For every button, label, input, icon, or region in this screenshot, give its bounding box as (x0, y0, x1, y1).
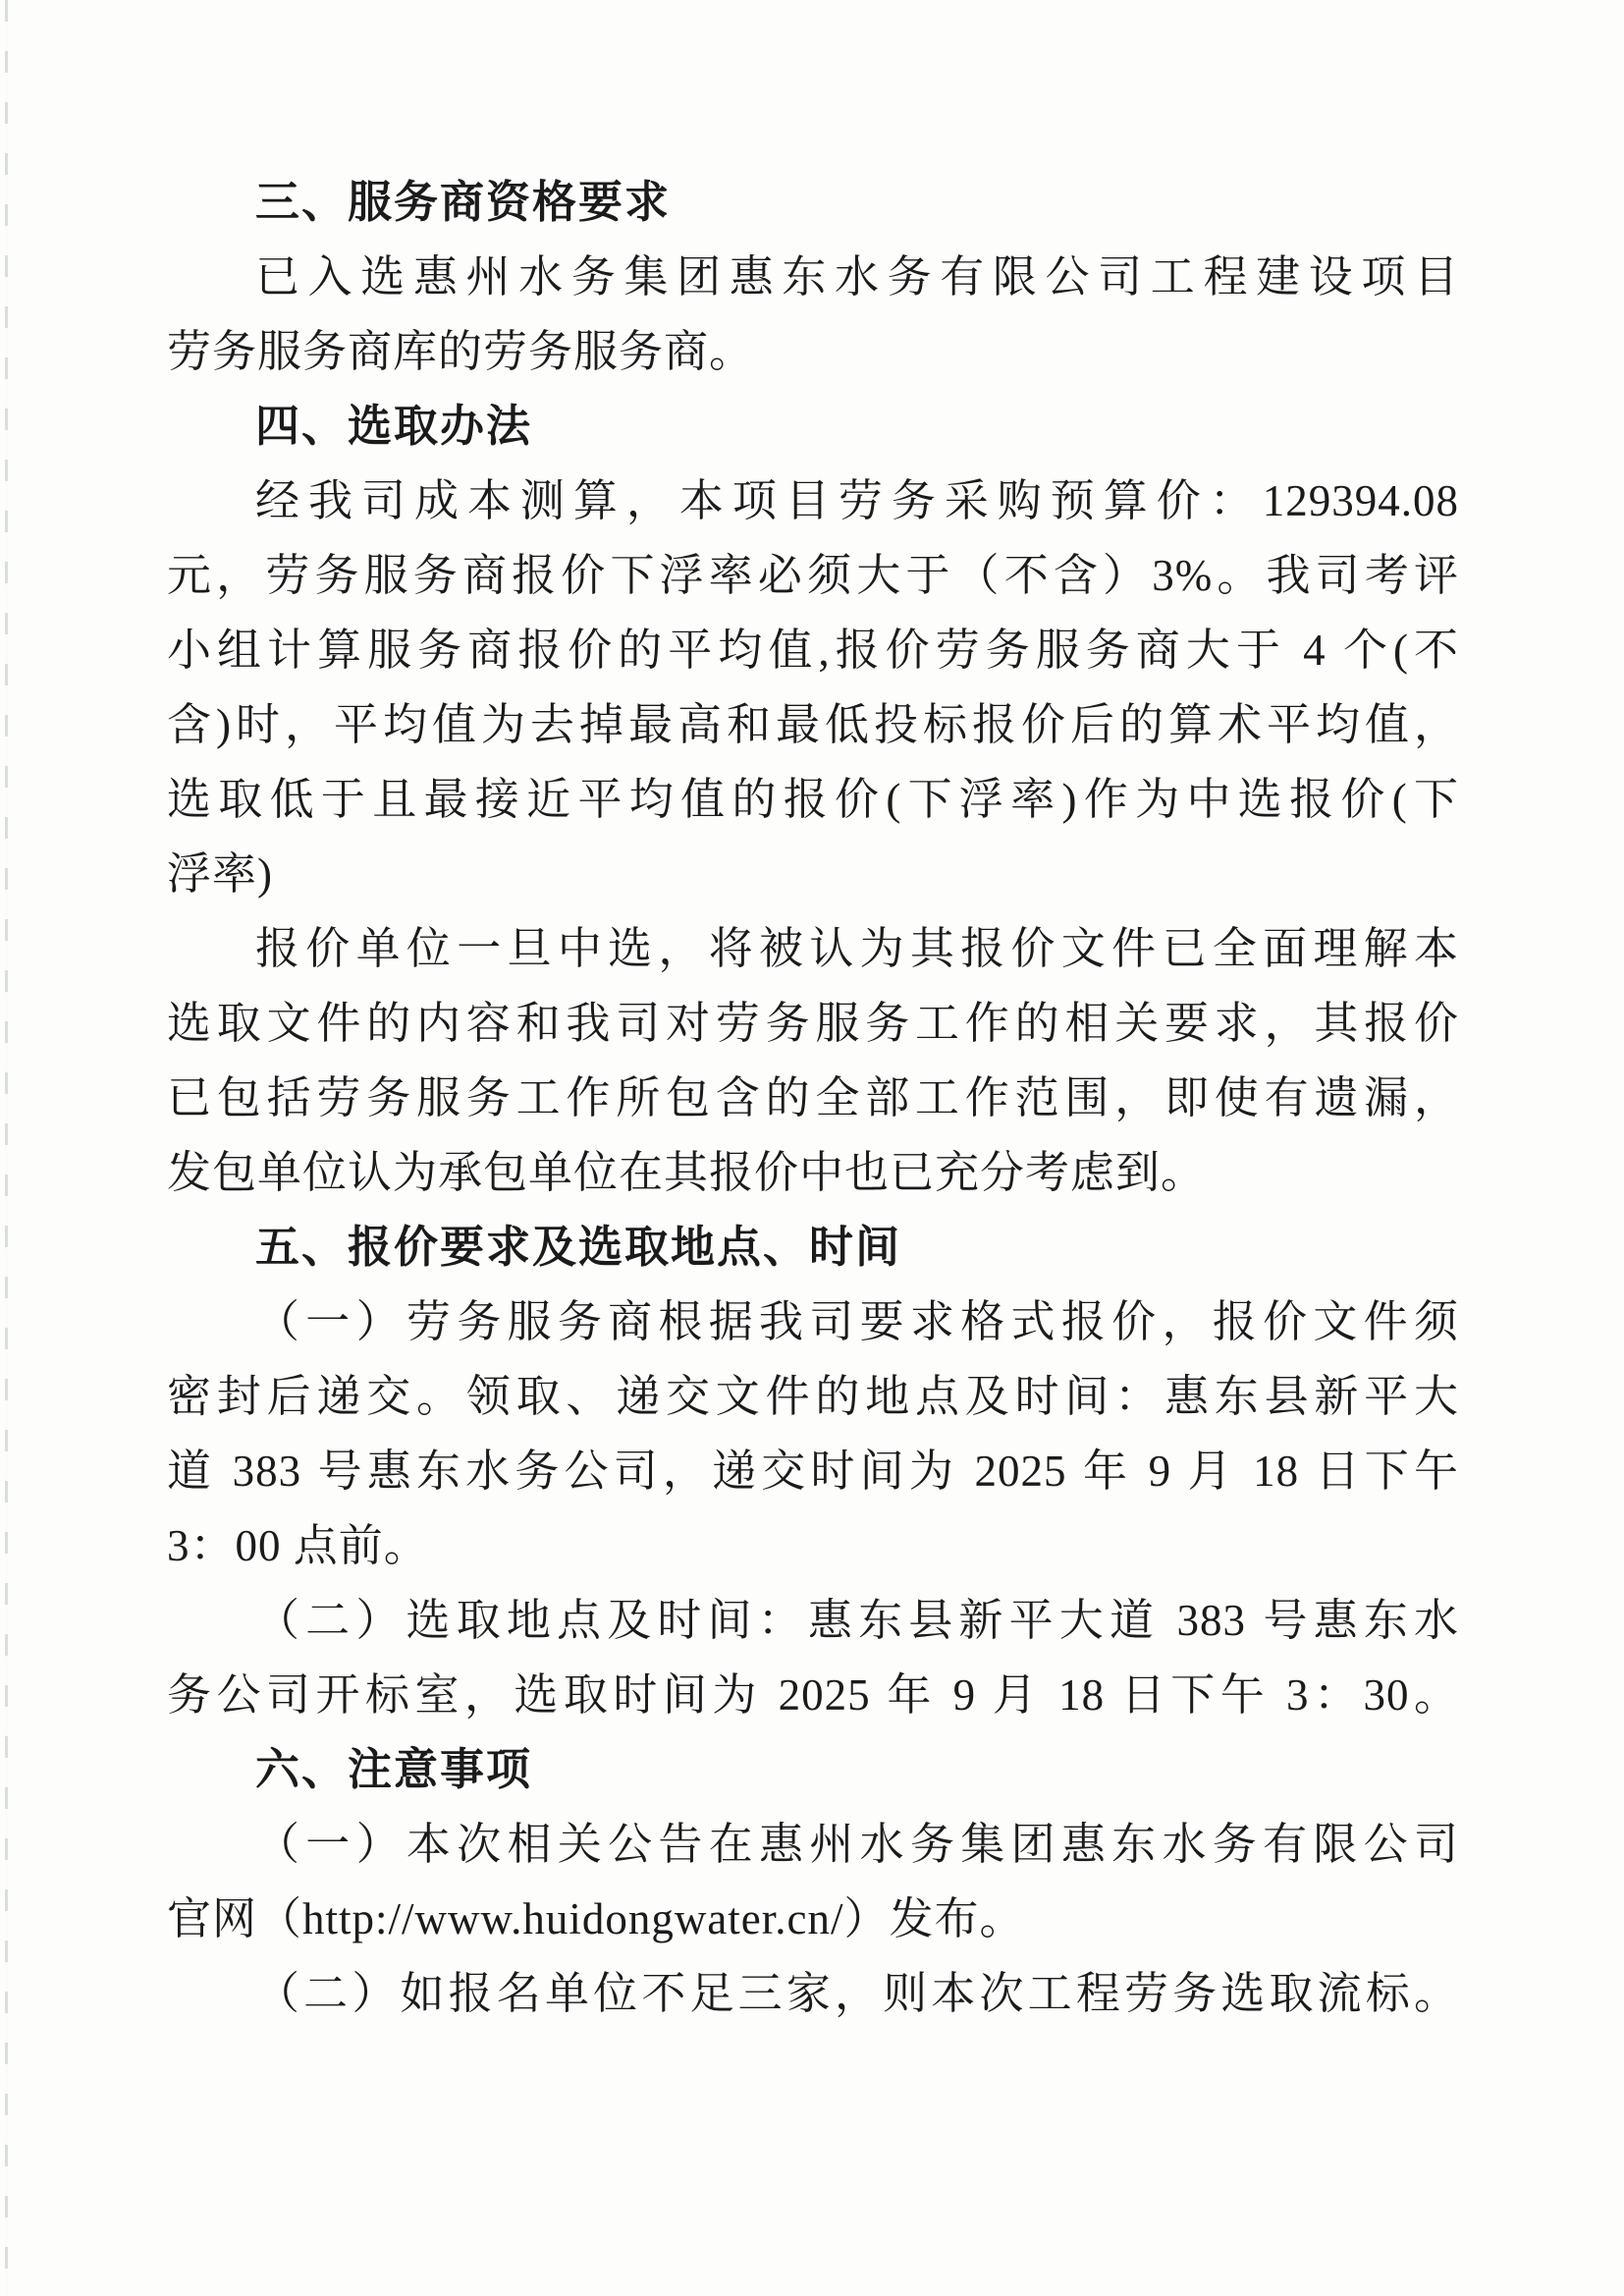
body-text-line: 已包括劳务服务工作所包含的全部工作范围，即使有遗漏， (167, 1061, 1459, 1135)
body-text-line: 元，劳务服务商报价下浮率必须大于（不含）3%。我司考评 (167, 538, 1459, 613)
document-text-block: 三、服务商资格要求已入选惠州水务集团惠东水务有限公司工程建设项目劳务服务商库的劳… (167, 165, 1459, 2031)
body-text-line: 报价单位一旦中选，将被认为其报价文件已全面理解本 (167, 911, 1459, 986)
body-text-line: （一）劳务服务商根据我司要求格式报价，报价文件须 (167, 1285, 1459, 1359)
body-text-line: 选取文件的内容和我司对劳务服务工作的相关要求，其报价 (167, 986, 1459, 1061)
body-text-line: （二）选取地点及时间：惠东县新平大道 383 号惠东水 (167, 1583, 1459, 1658)
body-text-line: 劳务服务商库的劳务服务商。 (167, 314, 1459, 389)
body-text-line: （二）如报名单位不足三家，则本次工程劳务选取流标。 (167, 1956, 1459, 2031)
section-heading-line: 五、报价要求及选取地点、时间 (167, 1210, 1459, 1285)
section-heading-line: 三、服务商资格要求 (167, 165, 1459, 240)
scan-edge-artifact (5, 0, 8, 2296)
body-text-line: 发包单位认为承包单位在其报价中也已充分考虑到。 (167, 1135, 1459, 1210)
body-text-line: 选取低于且最接近平均值的报价(下浮率)作为中选报价(下 (167, 762, 1459, 837)
body-text-line: 含)时，平均值为去掉最高和最低投标报价后的算术平均值， (167, 687, 1459, 762)
body-text-line: 小组计算服务商报价的平均值,报价劳务服务商大于 4 个(不 (167, 613, 1459, 687)
body-text-line: 浮率) (167, 837, 1459, 911)
body-text-line: 官网（http://www.huidongwater.cn/）发布。 (167, 1882, 1459, 1956)
body-text-line: 务公司开标室，选取时间为 2025 年 9 月 18 日下午 3：30。 (167, 1658, 1459, 1732)
body-text-line: 已入选惠州水务集团惠东水务有限公司工程建设项目 (167, 240, 1459, 314)
section-heading-line: 六、注意事项 (167, 1732, 1459, 1807)
body-text-line: （一）本次相关公告在惠州水务集团惠东水务有限公司 (167, 1807, 1459, 1882)
body-text-line: 3：00 点前。 (167, 1508, 1459, 1583)
scanned-document-page: 三、服务商资格要求已入选惠州水务集团惠东水务有限公司工程建设项目劳务服务商库的劳… (0, 0, 1624, 2296)
section-heading-line: 四、选取办法 (167, 389, 1459, 464)
body-text-line: 密封后递交。领取、递交文件的地点及时间：惠东县新平大 (167, 1359, 1459, 1434)
body-text-line: 道 383 号惠东水务公司，递交时间为 2025 年 9 月 18 日下午 (167, 1434, 1459, 1508)
body-text-line: 经我司成本测算，本项目劳务采购预算价：129394.08 (167, 464, 1459, 538)
